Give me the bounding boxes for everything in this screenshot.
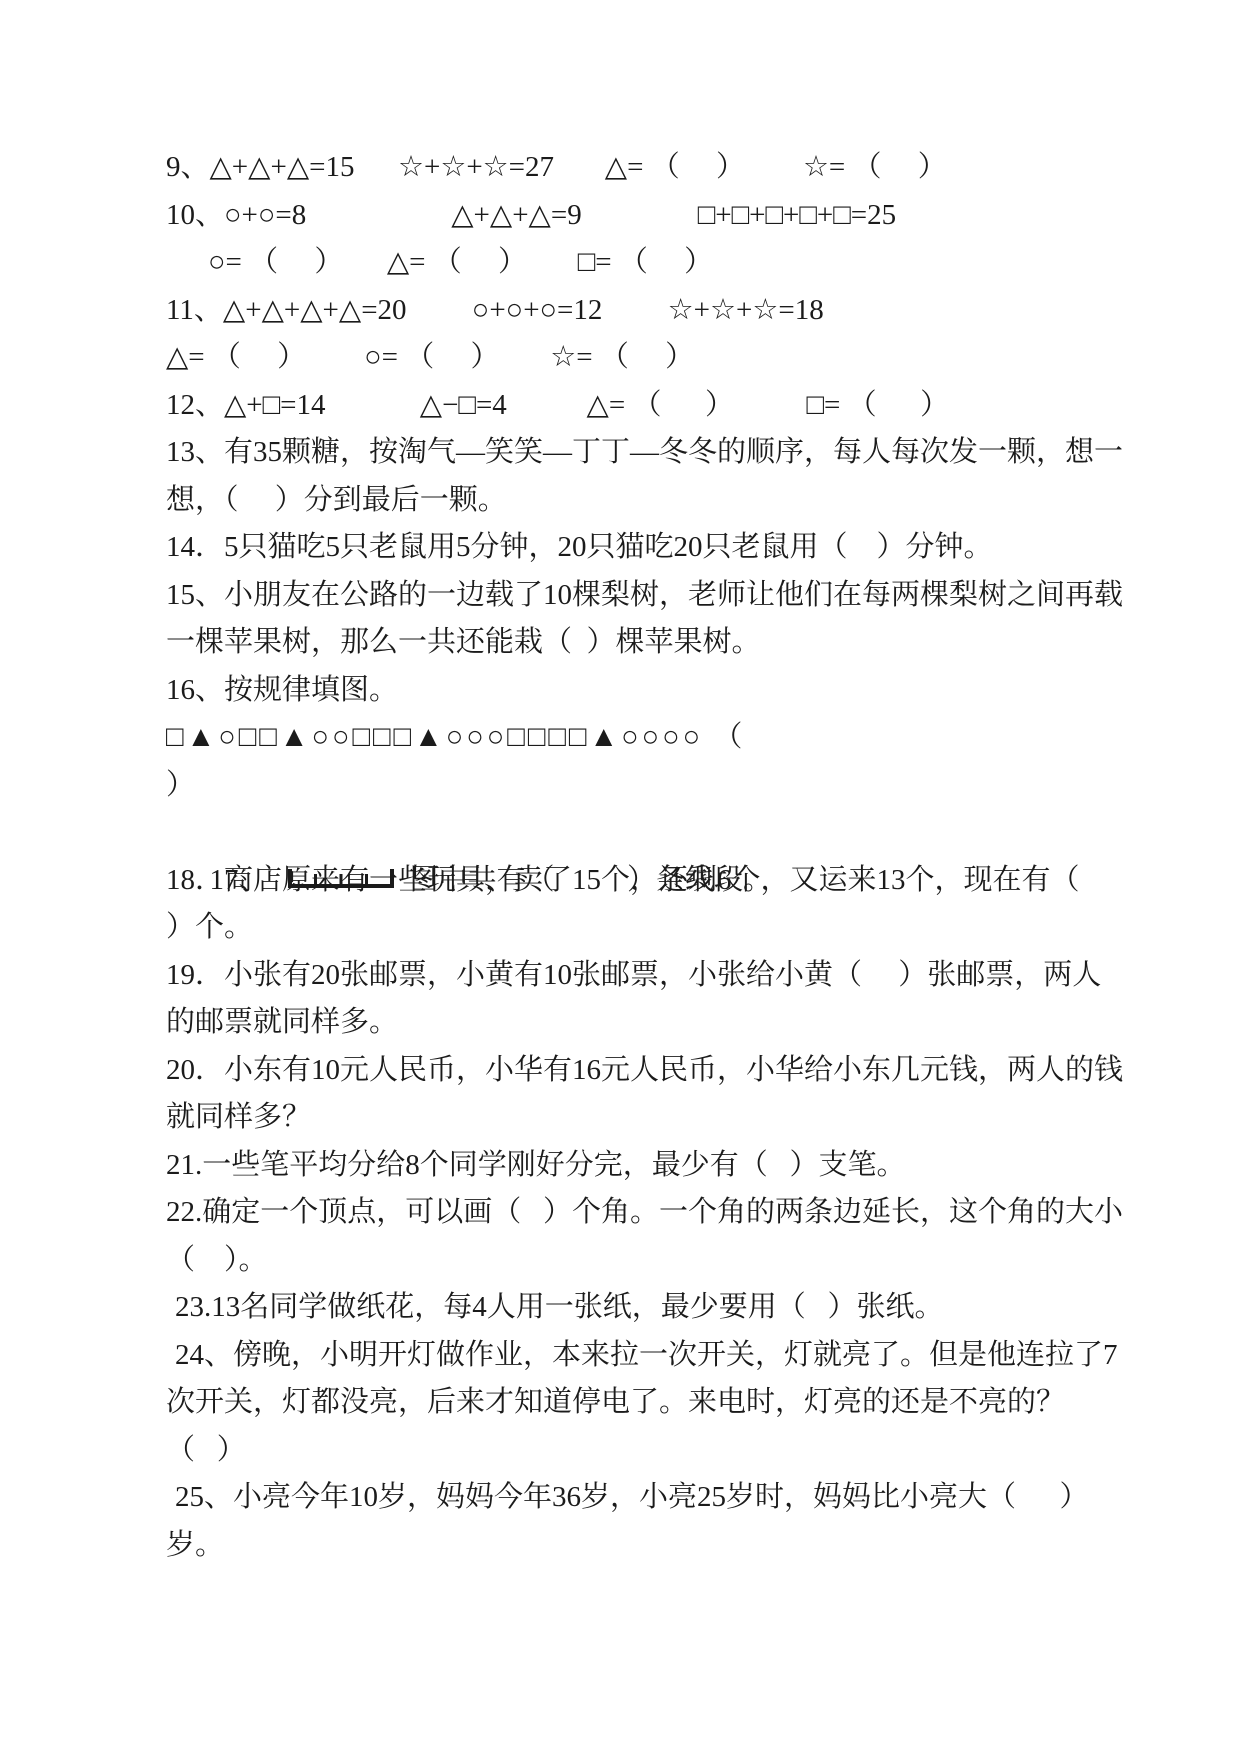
question-16-pattern-sequence: □▲○□□▲○○□□□▲○○○□□□□▲○○○○ （ (166, 714, 1191, 762)
question-11-blanks: △= （ ） ○= （ ） ☆= （ ） (166, 334, 1191, 382)
question-16: 16、按规律填图。 (166, 667, 1191, 715)
question-15-line1: 15、小朋友在公路的一边载了10棵梨树，老师让他们在每两棵梨树之间再载 (166, 572, 1191, 620)
question-20-line1: 20．小东有10元人民币，小华有16元人民币，小华给小东几元钱，两人的钱 (166, 1047, 1191, 1095)
question-17: 17、 图中共有（ ）条线段。 (166, 809, 1191, 857)
questions-list: 9、△+△+△=15 ☆+☆+☆=27 △= （ ） ☆= （ ） 10、○+○… (0, 0, 1241, 1569)
question-24-line2: 次开关，灯都没亮，后来才知道停电了。来电时，灯亮的还是不亮的？ (166, 1379, 1191, 1427)
question-15-line2: 一棵苹果树，那么一共还能栽（ ）棵苹果树。 (166, 619, 1191, 667)
question-25-line2: 岁。 (166, 1522, 1191, 1570)
question-10-equations: 10、○+○=8 △+△+△=9 □+□+□+□+□=25 (166, 192, 1191, 240)
question-21: 21.一些笔平均分给8个同学刚好分完，最少有（ ）支笔。 (166, 1142, 1191, 1190)
question-22-line1: 22.确定一个顶点，可以画（ ）个角。一个角的两条边延长，这个角的大小 (166, 1189, 1191, 1237)
question-18-line1: 18．商店原来有一些玩具，卖了15个，还剩6个，又运来13个，现在有（ (166, 857, 1191, 905)
question-24-line1: 24、傍晚，小明开灯做作业，本来拉一次开关，灯就亮了。但是他连拉了7 (166, 1332, 1191, 1380)
question-13-line2: 想，（ ）分到最后一颗。 (166, 477, 1191, 525)
question-12: 12、△+□=14 △−□=4 △= （ ） □= （ ） (166, 382, 1191, 430)
question-19-line1: 19．小张有20张邮票，小黄有10张邮票，小张给小黄（ ）张邮票，两人 (166, 952, 1191, 1000)
question-18-line2: ）个。 (166, 904, 1191, 952)
question-11-equations: 11、△+△+△+△=20 ○+○+○=12 ☆+☆+☆=18 (166, 287, 1191, 335)
question-19-line2: 的邮票就同样多。 (166, 999, 1191, 1047)
question-20-line2: 就同样多？ (166, 1094, 1191, 1142)
question-22-line2: （ ）。 (166, 1237, 1191, 1285)
question-14: 14．5只猫吃5只老鼠用5分钟，20只猫吃20只老鼠用（ ）分钟。 (166, 524, 1191, 572)
worksheet-page: 9、△+△+△=15 ☆+☆+☆=27 △= （ ） ☆= （ ） 10、○+○… (0, 0, 1241, 1754)
question-10-blanks: ○= （ ） △= （ ） □= （ ） (166, 239, 1191, 287)
question-9: 9、△+△+△=15 ☆+☆+☆=27 △= （ ） ☆= （ ） (166, 144, 1191, 192)
question-23: 23.13名同学做纸花，每4人用一张纸，最少要用（ ）张纸。 (166, 1284, 1191, 1332)
question-16-close-paren: ） (166, 762, 1191, 810)
question-25-line1: 25、小亮今年10岁，妈妈今年36岁，小亮25岁时，妈妈比小亮大（ ） (166, 1474, 1191, 1522)
question-13-line1: 13、有35颗糖，按淘气—笑笑—丁丁—冬冬的顺序，每人每次发一颗，想一 (166, 429, 1191, 477)
question-24-answer-paren: （ ） (166, 1427, 1191, 1475)
